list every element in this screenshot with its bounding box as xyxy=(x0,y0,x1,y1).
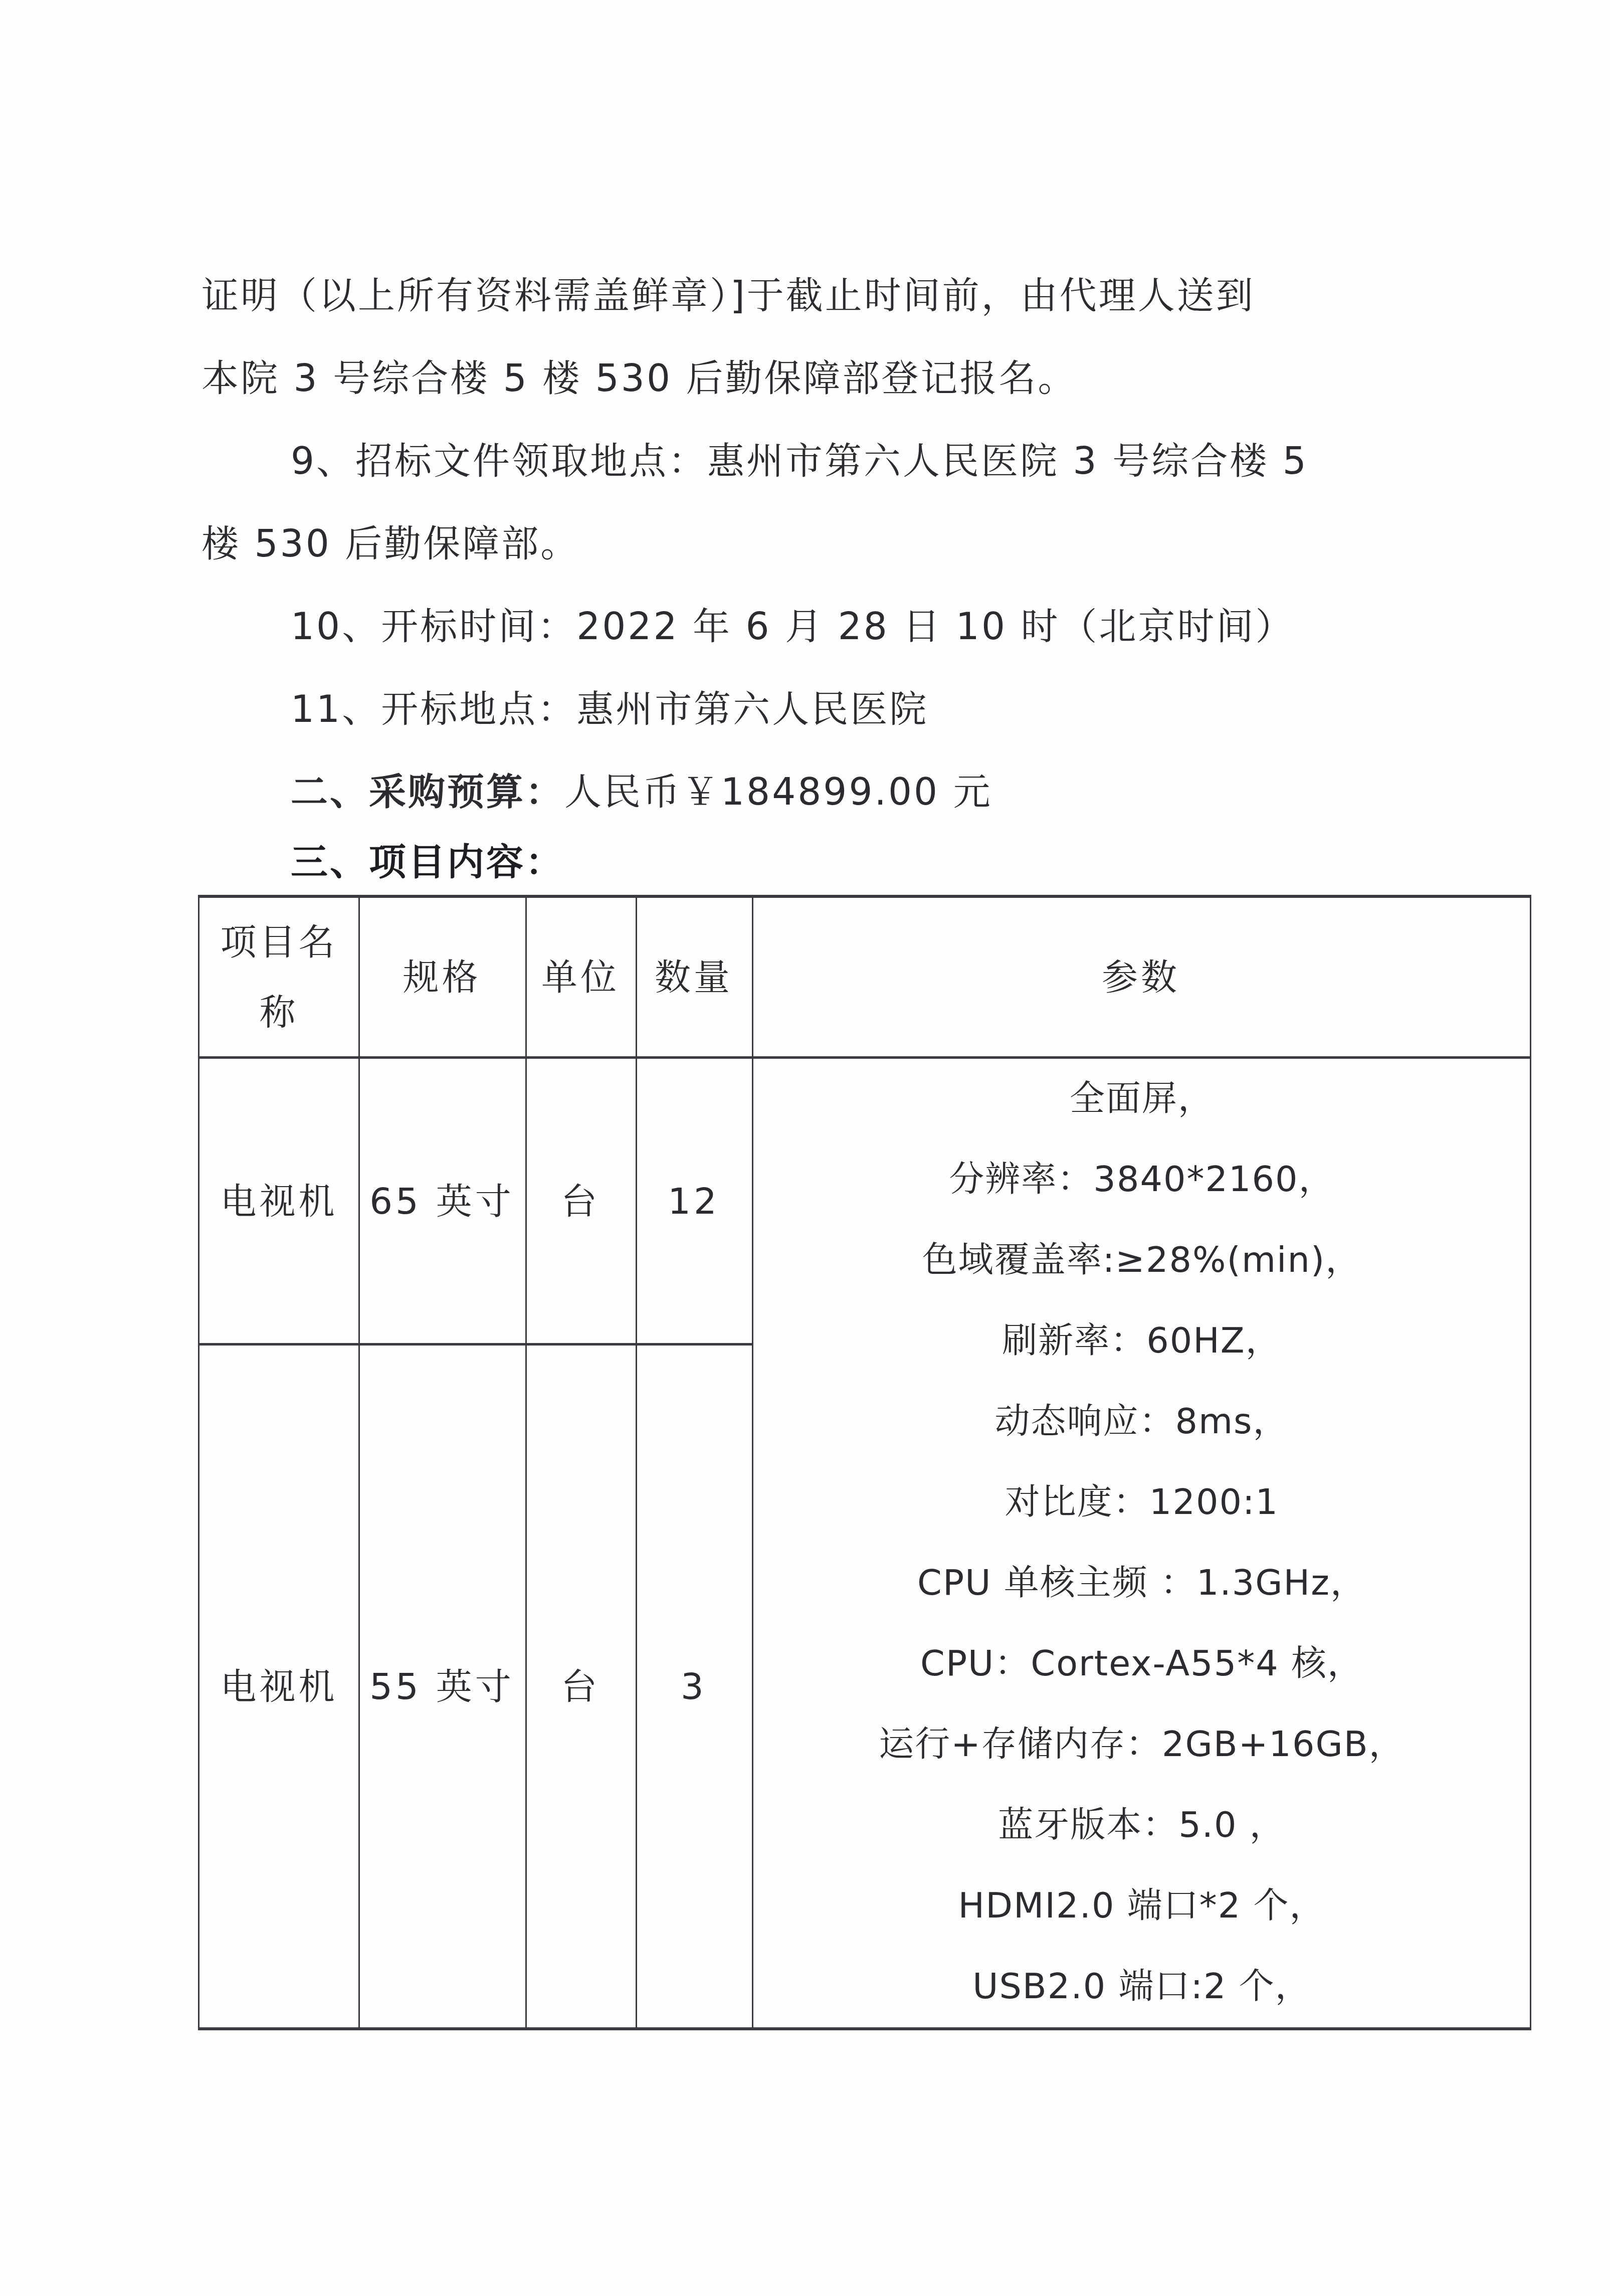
param-refresh-rate: 刷新率：60HZ， xyxy=(1002,1300,1282,1381)
row-1-spec: 65 英寸 xyxy=(358,1059,525,1343)
item-9-line-2: 楼 530 后勤保障部。 xyxy=(202,519,579,569)
row-1-name: 电视机 xyxy=(199,1059,358,1343)
param-bluetooth: 蓝牙版本：5.0 ， xyxy=(998,1785,1286,1865)
row-2-quantity: 3 xyxy=(636,1346,752,2027)
section-3-heading: 三、项目内容： xyxy=(291,837,564,887)
header-spec: 规格 xyxy=(358,898,525,1056)
param-usb-ports: USB2.0 端口:2 个， xyxy=(972,1946,1311,2027)
param-memory: 运行+存储内存：2GB+16GB， xyxy=(879,1704,1404,1785)
row-2-name: 电视机 xyxy=(199,1346,358,2027)
header-item-name: 项目名 称 xyxy=(199,898,358,1056)
param-cpu-cores: CPU：Cortex-A55*4 核， xyxy=(920,1623,1363,1704)
param-color-gamut: 色域覆盖率:≥28%(min)， xyxy=(922,1220,1361,1300)
param-cpu-frequency: CPU 单核主频 ：1.3GHz， xyxy=(917,1543,1366,1623)
row-1-unit: 台 xyxy=(525,1059,636,1343)
paragraph-continuation-line-1: 证明（以上所有资料需盖鲜章）]于截止时间前，由代理人送到 xyxy=(202,271,1255,321)
item-9-line-1: 9、招标文件领取地点：惠州市第六人民医院 3 号综合楼 5 xyxy=(291,436,1308,486)
header-params: 参数 xyxy=(752,898,1530,1056)
row-2-unit: 台 xyxy=(525,1346,636,2027)
budget-value: 人民币￥184899.00 元 xyxy=(564,771,992,814)
header-unit: 单位 xyxy=(525,898,636,1056)
params-cell: 全面屏， 分辨率：3840*2160， 色域覆盖率:≥28%(min)， 刷新率… xyxy=(753,1058,1530,2027)
item-10-bid-opening-time: 10、开标时间：2022 年 6 月 28 日 10 时（北京时间） xyxy=(291,602,1295,652)
row-1-quantity: 12 xyxy=(636,1059,752,1343)
param-response-time: 动态响应：8ms， xyxy=(994,1381,1289,1462)
header-item-name-line-1: 项目名 xyxy=(220,907,337,977)
param-hdmi-ports: HDMI2.0 端口*2 个， xyxy=(958,1865,1326,1946)
row-2-spec: 55 英寸 xyxy=(358,1346,525,2027)
document-page: 证明（以上所有资料需盖鲜章）]于截止时间前，由代理人送到 本院 3 号综合楼 5… xyxy=(0,0,1610,2296)
param-full-screen: 全面屏， xyxy=(1070,1058,1214,1139)
header-item-name-line-2: 称 xyxy=(259,977,298,1047)
paragraph-continuation-line-2: 本院 3 号综合楼 5 楼 530 后勤保障部登记报名。 xyxy=(202,353,1077,404)
param-resolution: 分辨率：3840*2160， xyxy=(949,1139,1334,1220)
header-quantity: 数量 xyxy=(636,898,752,1056)
budget-heading: 二、采购预算：人民币￥184899.00 元 xyxy=(291,767,992,817)
param-contrast: 对比度：1200:1 xyxy=(1005,1462,1279,1543)
project-content-table: 项目名 称 规格 单位 数量 参数 电视机 65 英寸 台 12 电视机 55 … xyxy=(198,895,1531,2030)
item-11-bid-opening-place: 11、开标地点：惠州市第六人民医院 xyxy=(291,684,928,734)
budget-label: 二、采购预算： xyxy=(291,771,564,814)
